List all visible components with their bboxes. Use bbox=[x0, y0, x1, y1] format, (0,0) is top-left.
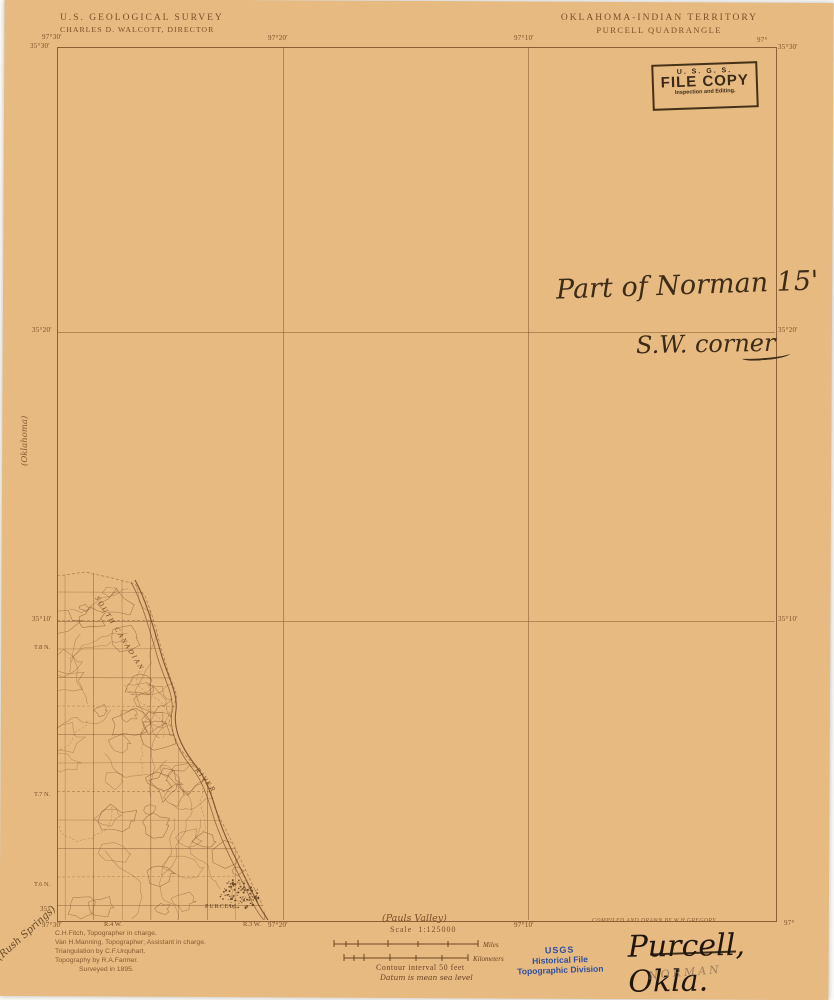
miles-label: Miles bbox=[482, 941, 499, 949]
credits-block: C.H.Fitch, Topographer in charge. Van H.… bbox=[55, 929, 206, 974]
coord-left-lat-20: 35°20' bbox=[32, 326, 52, 334]
credit-line: Van H.Manning, Topographer; Assistant in… bbox=[55, 938, 206, 947]
datum-note: Datum is mean sea level bbox=[380, 973, 473, 982]
coord-top-lon-2: 97°10' bbox=[514, 34, 534, 42]
coord-top-lon-1: 97°20' bbox=[268, 34, 288, 42]
credit-line: Triangulation by C.F.Urquhart. bbox=[55, 947, 206, 956]
credit-line: Topography by R.A.Farmer. bbox=[55, 956, 206, 965]
agency-title: U.S. GEOLOGICAL SURVEY bbox=[60, 13, 224, 23]
coord-top-left-lon: 97°30' bbox=[42, 33, 62, 41]
range-r4w: R.4 W. bbox=[104, 921, 122, 928]
scanned-map-sheet: U.S. GEOLOGICAL SURVEY CHARLES D. WALCOT… bbox=[0, 0, 834, 1000]
township-t8n: T.8 N. bbox=[34, 644, 50, 651]
graticule-97-20 bbox=[283, 47, 284, 920]
survey-limit-line bbox=[57, 572, 263, 906]
coord-top-right-lat: 35°30' bbox=[778, 43, 798, 51]
river-label-2: RIVER bbox=[193, 766, 218, 795]
adjoining-west-label: (Oklahoma) bbox=[20, 416, 30, 466]
township-t7n: T.7 N. bbox=[34, 791, 50, 798]
graticule-97-10 bbox=[528, 47, 529, 920]
township-t6n: T.6 N. bbox=[34, 881, 50, 888]
coord-left-lat-10: 35°10' bbox=[32, 615, 52, 623]
quadrangle-title: PURCELL QUADRANGLE bbox=[596, 25, 722, 35]
scale-label: Scale 1:125000 bbox=[390, 925, 457, 934]
compiled-by-note: COMPILED AND DRAWN BY W.H.GREGORY bbox=[592, 918, 716, 924]
coord-bottom-lon-1: 97°20' bbox=[268, 921, 288, 929]
annotation-purcell-okla: Purcell, Okla. bbox=[627, 926, 834, 1000]
river-label-1: SOUTH CANADIAN bbox=[93, 595, 146, 673]
adjoining-south-label: (Pauls Valley) bbox=[382, 913, 447, 924]
range-r3w: R.3 W. bbox=[243, 921, 261, 928]
historical-file-stamp: USGS Historical File Topographic Divisio… bbox=[500, 943, 621, 977]
coord-top-left-lat: 35°30' bbox=[30, 42, 50, 50]
credit-line: Surveyed in 1895. bbox=[55, 965, 206, 974]
contour-interval-note: Contour interval 50 feet bbox=[376, 963, 465, 972]
scale-bars: Miles Kilometers bbox=[330, 936, 520, 966]
coord-right-lat-20: 35°20' bbox=[778, 326, 798, 334]
file-copy-stamp: U. S. G. S. FILE COPY Inspection and Edi… bbox=[651, 61, 759, 111]
coord-right-lat-10: 35°10' bbox=[778, 615, 798, 623]
surveyed-map-detail: SOUTH CANADIAN RIVER PURCELL bbox=[57, 570, 270, 920]
territory-title: OKLAHOMA-INDIAN TERRITORY bbox=[561, 13, 758, 23]
credit-line: C.H.Fitch, Topographer in charge. bbox=[55, 929, 206, 938]
coord-bottom-lon-2: 97°10' bbox=[514, 921, 534, 929]
agency-director: CHARLES D. WALCOTT, DIRECTOR bbox=[60, 25, 214, 34]
town-label: PURCELL bbox=[205, 904, 239, 910]
coord-top-right-lon: 97° bbox=[757, 36, 768, 44]
coord-bottom-right-lon: 97° bbox=[784, 919, 795, 927]
